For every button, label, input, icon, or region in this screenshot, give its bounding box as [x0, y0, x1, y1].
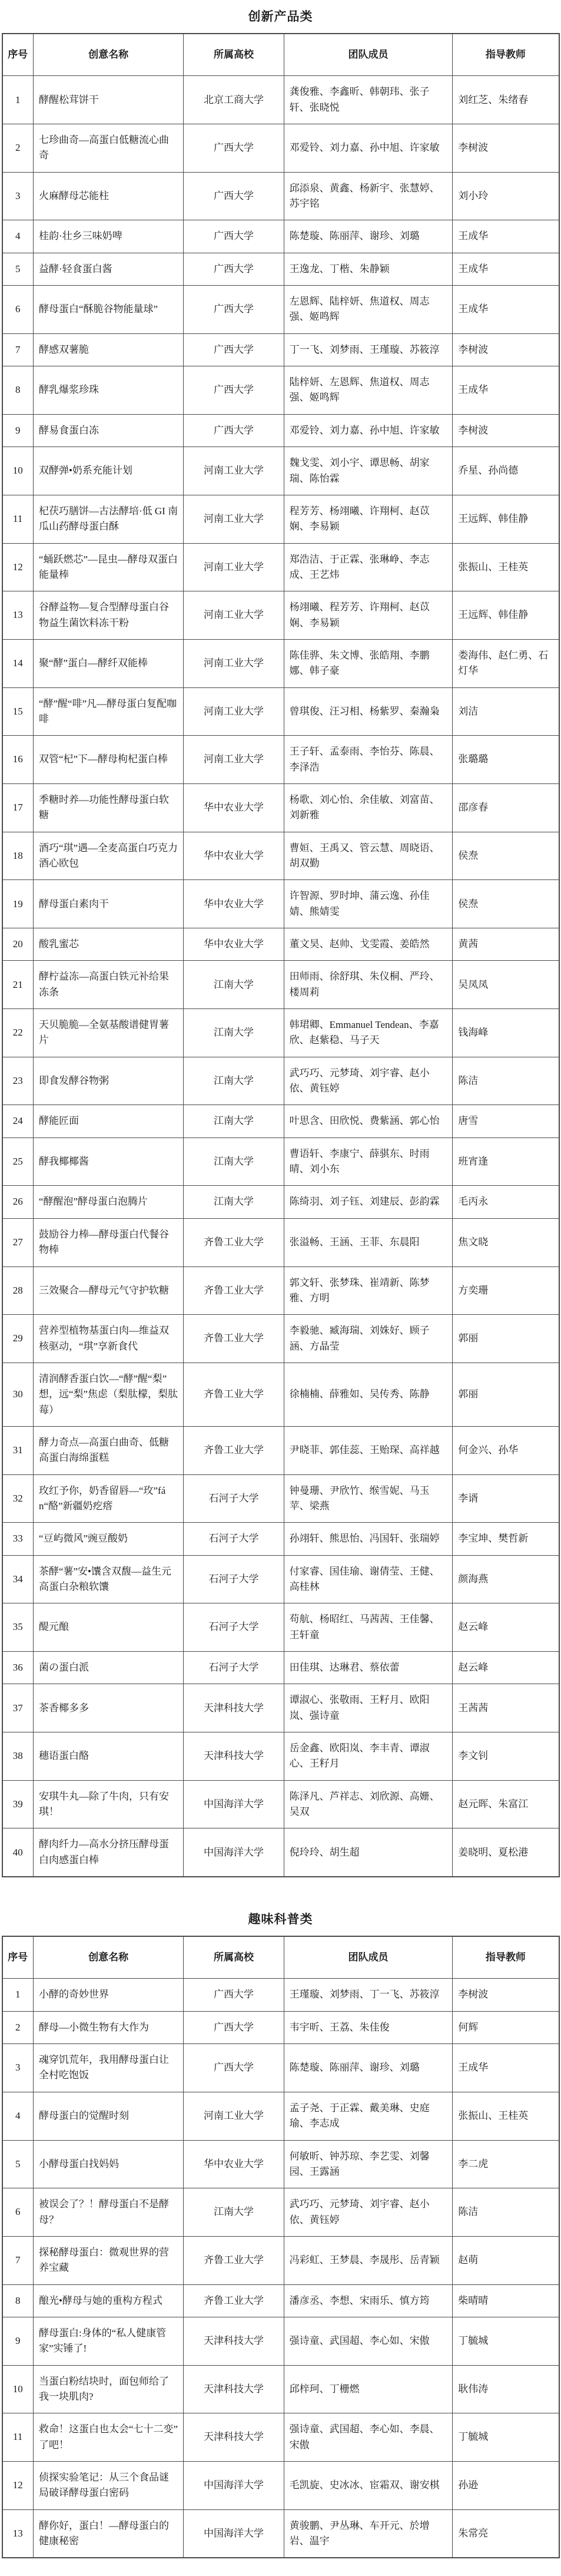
- cell-school: 石河子大学: [184, 1555, 284, 1603]
- cell-advisors: 姜晓明、夏松港: [453, 1828, 559, 1877]
- table-row: 2七珍曲奇—高蛋白低糖流心曲奇广西大学邓爱铃、刘力嘉、孙中旭、许家敏李树波: [2, 124, 559, 173]
- cell-school: 广西大学: [184, 220, 284, 253]
- cell-name: 酵肉纤力—高水分挤压酵母蛋白肉感蛋白棒: [33, 1828, 183, 1877]
- cell-members: 孟子尧、于正霖、戴美琳、史庭瑜、李志成: [284, 2092, 453, 2140]
- table-row: 14聚“酵”蛋白—酵纤双能棒河南工业大学陈佳骅、朱文博、张皓翔、李鹏娜、韩子豪娄…: [2, 639, 559, 687]
- table-row: 11杞茯巧膳饼—古法酵培·低 GI 南瓜山药酵母蛋白酥河南工业大学程芳芳、杨翊曦…: [2, 495, 559, 543]
- cell-members: 左恩辉、陆梓妍、焦道权、周志强、姬鸣辉: [284, 286, 453, 334]
- cell-advisors: 刘红芝、朱绪春: [453, 76, 559, 124]
- cell-no: 9: [2, 2317, 34, 2365]
- table-row: 16双管“杞”下—酵母枸杞蛋白棒河南工业大学王子轩、孟泰雨、李怡芬、陈晨、李泽浩…: [2, 736, 559, 784]
- cell-school: 广西大学: [184, 124, 284, 173]
- cell-school: 天津科技大学: [184, 2365, 284, 2413]
- cell-advisors: 刘小玲: [453, 172, 559, 220]
- column-header-advisors: 指导教师: [453, 1936, 559, 1979]
- cell-advisors: 班宵逢: [453, 1137, 559, 1186]
- table-row: 19酵母蛋白素肉干华中农业大学许智源、罗时坤、蒲云逸、孙佳婧、熊婧雯侯焘: [2, 880, 559, 928]
- cell-members: 叶思含、田欣悦、费紫涵、郭心怡: [284, 1105, 453, 1137]
- cell-name: 双酵弹•奶系充能计划: [33, 447, 183, 495]
- cell-members: 邓爱铃、刘力嘉、孙中旭、许家敏: [284, 124, 453, 173]
- cell-advisors: 李树波: [453, 414, 559, 447]
- cell-no: 32: [2, 1474, 34, 1523]
- cell-members: 陈佳骅、朱文博、张皓翔、李鹏娜、韩子豪: [284, 639, 453, 687]
- cell-members: 杨翊曦、程芳芳、许翔柯、赵苡娴、李易颖: [284, 591, 453, 640]
- cell-members: 郑浩洁、于正霖、张琳峥、李志成、王艺炜: [284, 543, 453, 591]
- cell-advisors: 何辉: [453, 2011, 559, 2043]
- cell-name: 酵母蛋白:身体的“私人健康管家”实锤了!: [33, 2317, 183, 2365]
- cell-advisors: 赵云峰: [453, 1603, 559, 1652]
- cell-school: 齐鲁工业大学: [184, 1315, 284, 1363]
- header-row: 序号创意名称所属高校团队成员指导教师: [2, 34, 559, 76]
- cell-no: 18: [2, 832, 34, 880]
- cell-members: 郭文轩、张梦珠、崔靖新、陈梦雅、方明: [284, 1266, 453, 1315]
- cell-advisors: 张璐璐: [453, 736, 559, 784]
- cell-name: 酵柠益冻—高蛋白铁元补给果冻条: [33, 961, 183, 1009]
- table-row: 12侦探实验笔记：从三个食品谜局破译酵母蛋白密码中国海洋大学毛凯旋、史冰冰、宦霜…: [2, 2461, 559, 2509]
- table-row: 6被误会了？！酵母蛋白不是酵母？江南大学武巧巧、元梦琦、刘宇睿、赵小依、黄钰婷陈…: [2, 2188, 559, 2237]
- column-header-school: 所属高校: [184, 34, 284, 76]
- cell-no: 27: [2, 1218, 34, 1266]
- cell-school: 广西大学: [184, 172, 284, 220]
- cell-members: 许智源、罗时坤、蒲云逸、孙佳婧、熊婧雯: [284, 880, 453, 928]
- cell-no: 7: [2, 2236, 34, 2284]
- cell-name: 侦探实验笔记：从三个食品谜局破译酵母蛋白密码: [33, 2461, 183, 2509]
- cell-advisors: 李树波: [453, 333, 559, 366]
- table-row: 9酵母蛋白:身体的“私人健康管家”实锤了!天津科技大学强诗童、武国超、李心如、宋…: [2, 2317, 559, 2365]
- cell-members: 董文昊、赵帅、戈雯霞、姜皓然: [284, 928, 453, 961]
- cell-members: 邱添泉、黄鑫、杨新宇、张慧婷、苏宇铭: [284, 172, 453, 220]
- cell-name: 小酵母蛋白找妈妈: [33, 2140, 183, 2188]
- cell-no: 39: [2, 1780, 34, 1828]
- cell-members: 张溢畅、王涵、王菲、东晨阳: [284, 1218, 453, 1266]
- cell-name: 当蛋白粉结块时，面包师给了我一块肌肉?: [33, 2365, 183, 2413]
- cell-no: 6: [2, 2188, 34, 2237]
- table-row: 1酵醒松茸饼干北京工商大学龚俊雅、李鑫昕、韩朝玮、张子轩、张晓悦刘红芝、朱绪春: [2, 76, 559, 124]
- cell-name: 酵醒松茸饼干: [33, 76, 183, 124]
- cell-school: 河南工业大学: [184, 639, 284, 687]
- table-row: 5益酵·轻食蛋白酱广西大学王逸龙、丁楷、朱静颖王成华: [2, 253, 559, 285]
- cell-no: 23: [2, 1057, 34, 1105]
- cell-no: 10: [2, 2365, 34, 2413]
- table-row: 23即食发酵谷物粥江南大学武巧巧、元梦琦、刘宇睿、赵小依、黄钰婷陈洁: [2, 1057, 559, 1105]
- cell-members: 孙翊轩、熊思怡、冯国轩、张瑞婷: [284, 1523, 453, 1555]
- table-row: 26“酵醒泡”酵母蛋白泡腾片江南大学陈绮羽、刘子钰、刘建辰、彭韵霖毛丙永: [2, 1186, 559, 1218]
- cell-advisors: 王成华: [453, 253, 559, 285]
- cell-no: 4: [2, 2092, 34, 2140]
- award-list-document: 创新产品类 序号创意名称所属高校团队成员指导教师1酵醒松茸饼干北京工商大学龚俊雅…: [0, 0, 561, 2576]
- cell-members: 陈楚璇、陈丽萍、谢珍、刘璐: [284, 220, 453, 253]
- cell-no: 5: [2, 253, 34, 285]
- table-row: 36菌の蛋白派石河子大学田佳琪、达琳君、蔡依蕾赵云峰: [2, 1652, 559, 1684]
- cell-name: 火麻酵母芯能柱: [33, 172, 183, 220]
- cell-members: 谭淑心、张敬雨、王籽月、欧阳岚、强诗童: [284, 1684, 453, 1732]
- cell-no: 31: [2, 1426, 34, 1474]
- cell-school: 河南工业大学: [184, 447, 284, 495]
- cell-advisors: 李二虎: [453, 2140, 559, 2188]
- cell-school: 河南工业大学: [184, 591, 284, 640]
- cell-members: 曹姮、王禹又、管云慧、周晓语、胡双勤: [284, 832, 453, 880]
- cell-no: 12: [2, 543, 34, 591]
- cell-members: 毛凯旋、史冰冰、宦霜双、谢安棋: [284, 2461, 453, 2509]
- cell-advisors: 侯焘: [453, 880, 559, 928]
- cell-no: 5: [2, 2140, 34, 2188]
- cell-advisors: 颜海燕: [453, 1555, 559, 1603]
- cell-no: 8: [2, 2284, 34, 2317]
- column-header-members: 团队成员: [284, 34, 453, 76]
- cell-members: 王瑾璇、刘梦雨、丁一飞、苏筱淳: [284, 1979, 453, 2011]
- cell-advisors: 李宝坤、樊哲新: [453, 1523, 559, 1555]
- cell-members: 倪玲玲、胡生超: [284, 1828, 453, 1877]
- cell-no: 35: [2, 1603, 34, 1652]
- cell-name: 酵母蛋白的觉醒时刻: [33, 2092, 183, 2140]
- cell-advisors: 毛丙永: [453, 1186, 559, 1218]
- cell-name: 天贝脆脆—全氨基酸谱健胃薯片: [33, 1009, 183, 1057]
- cell-name: 酵力奇点—高蛋白曲奇、低糖高蛋白海绵蛋糕: [33, 1426, 183, 1474]
- cell-school: 天津科技大学: [184, 2413, 284, 2462]
- cell-name: 茶酵“薯”安•馕含双馥—益生元高蛋白杂粮软馕: [33, 1555, 183, 1603]
- table-row: 27鼓励谷力棒—酵母蛋白代餐谷物棒齐鲁工业大学张溢畅、王涵、王菲、东晨阳焦文晓: [2, 1218, 559, 1266]
- cell-no: 6: [2, 286, 34, 334]
- cell-name: “豆屿微风”豌豆酸奶: [33, 1523, 183, 1555]
- cell-name: 酒巧“琪”遇—全麦高蛋白巧克力酒心欧包: [33, 832, 183, 880]
- cell-name: 桂韵·壮乡三味奶啤: [33, 220, 183, 253]
- cell-name: 酸乳蜜芯: [33, 928, 183, 961]
- column-header-name: 创意名称: [33, 34, 183, 76]
- cell-no: 13: [2, 591, 34, 640]
- cell-advisors: 乔星、孙尚德: [453, 447, 559, 495]
- cell-members: 王子轩、孟泰雨、李怡芬、陈晨、李泽浩: [284, 736, 453, 784]
- table-row: 2酵母—小微生物有大作为广西大学韦宇昕、王荔、朱佳俊何辉: [2, 2011, 559, 2043]
- table-row: 3魂穿饥荒年，我用酵母蛋白让全村吃饱饭广西大学陈楚璇、陈丽萍、谢珍、刘璐王成华: [2, 2044, 559, 2092]
- cell-no: 3: [2, 172, 34, 220]
- cell-school: 中国海洋大学: [184, 2509, 284, 2558]
- cell-no: 34: [2, 1555, 34, 1603]
- cell-school: 中国海洋大学: [184, 1780, 284, 1828]
- cell-school: 华中农业大学: [184, 2140, 284, 2188]
- table-row: 7酵感双薯脆广西大学丁一飞、刘梦雨、王瑾璇、苏筱淳李树波: [2, 333, 559, 366]
- table-row: 17季糖时养—功能性酵母蛋白软糖华中农业大学杨歌、刘心怡、余佳敏、刘富苗、刘新雅…: [2, 783, 559, 832]
- table-row: 10当蛋白粉结块时，面包师给了我一块肌肉?天津科技大学邱梓珂、丁栅燃耿伟涛: [2, 2365, 559, 2413]
- cell-name: 菌の蛋白派: [33, 1652, 183, 1684]
- cell-members: 韦宇昕、王荔、朱佳俊: [284, 2011, 453, 2043]
- cell-name: “酵”醒“啡”凡—酵母蛋白复配咖啡: [33, 687, 183, 736]
- table-row: 29营养型植物基蛋白肉—维益双核驱动，“琪”享新食代齐鲁工业大学李毅驰、臧海瑞、…: [2, 1315, 559, 1363]
- table-row: 34茶酵“薯”安•馕含双馥—益生元高蛋白杂粮软馕石河子大学付家睿、国佳瑜、谢倩莹…: [2, 1555, 559, 1603]
- cell-school: 广西大学: [184, 253, 284, 285]
- table-row: 21酵柠益冻—高蛋白铁元补给果冻条江南大学田师雨、徐舒琪、朱仪桐、严玲、楼周莉吴…: [2, 961, 559, 1009]
- cell-members: 钟曼珊、尹欣竹、缑雪妮、马玉苹、梁燕: [284, 1474, 453, 1523]
- cell-no: 29: [2, 1315, 34, 1363]
- cell-advisors: 王成华: [453, 2044, 559, 2092]
- cell-school: 河南工业大学: [184, 495, 284, 543]
- cell-school: 河南工业大学: [184, 736, 284, 784]
- cell-members: 曹语轩、李康宁、薛骐东、时雨晴、刘小东: [284, 1137, 453, 1186]
- table-row: 38穗语蛋白酪天津科技大学岳金鑫、欧阳岚、李丰青、谭淑心、王籽月李文钊: [2, 1732, 559, 1781]
- table-row: 18酒巧“琪”遇—全麦高蛋白巧克力酒心欧包华中农业大学曹姮、王禹又、管云慧、周晓…: [2, 832, 559, 880]
- cell-no: 11: [2, 495, 34, 543]
- cell-members: 田佳琪、达琳君、蔡依蕾: [284, 1652, 453, 1684]
- cell-members: 龚俊雅、李鑫昕、韩朝玮、张子轩、张晓悦: [284, 76, 453, 124]
- cell-members: 武巧巧、元梦琦、刘宇睿、赵小依、黄钰婷: [284, 2188, 453, 2237]
- cell-members: 程芳芳、杨翊曦、许翔柯、赵苡娴、李易颖: [284, 495, 453, 543]
- column-header-no: 序号: [2, 34, 34, 76]
- cell-name: 酵能匠面: [33, 1105, 183, 1137]
- cell-members: 邓爱铃、刘力嘉、孙中旭、许家敏: [284, 414, 453, 447]
- cell-school: 河南工业大学: [184, 687, 284, 736]
- cell-members: 苟航、杨昭红、马茜茜、王佳馨、王轩童: [284, 1603, 453, 1652]
- cell-advisors: 王成华: [453, 286, 559, 334]
- cell-members: 陈绮羽、刘子钰、刘建辰、彭韵霖: [284, 1186, 453, 1218]
- column-header-name: 创意名称: [33, 1936, 183, 1979]
- cell-members: 魏戈雯、刘小宇、谭思畅、胡家瑞、陈怡霖: [284, 447, 453, 495]
- cell-name: 被误会了？！酵母蛋白不是酵母？: [33, 2188, 183, 2237]
- cell-advisors: 朱常亮: [453, 2509, 559, 2558]
- cell-name: 清润酵香蛋白饮—“酵”醒“梨”想，远“梨”焦虑（梨肽檬，梨肽莓）: [33, 1363, 183, 1426]
- table-row: 5小酵母蛋白找妈妈华中农业大学何敏昕、钟苏琼、李艺雯、刘馨园、王露涵李二虎: [2, 2140, 559, 2188]
- cell-school: 广西大学: [184, 366, 284, 415]
- table-row: 40酵肉纤力—高水分挤压酵母蛋白肉感蛋白棒中国海洋大学倪玲玲、胡生超姜晓明、夏松…: [2, 1828, 559, 1877]
- header-row: 序号创意名称所属高校团队成员指导教师: [2, 1936, 559, 1979]
- cell-school: 河南工业大学: [184, 543, 284, 591]
- cell-name: 季糖时养—功能性酵母蛋白软糖: [33, 783, 183, 832]
- cell-advisors: 黄茜: [453, 928, 559, 961]
- cell-members: 付家睿、国佳瑜、谢倩莹、王健、高桂林: [284, 1555, 453, 1603]
- cell-no: 4: [2, 220, 34, 253]
- cell-no: 36: [2, 1652, 34, 1684]
- cell-school: 江南大学: [184, 961, 284, 1009]
- cell-no: 14: [2, 639, 34, 687]
- cell-name: 杞茯巧膳饼—古法酵培·低 GI 南瓜山药酵母蛋白酥: [33, 495, 183, 543]
- table-row: 22天贝脆脆—全氨基酸谱健胃薯片江南大学韩珺卿、Emmanuel Tendean…: [2, 1009, 559, 1057]
- cell-school: 华中农业大学: [184, 783, 284, 832]
- cell-name: 双管“杞”下—酵母枸杞蛋白棒: [33, 736, 183, 784]
- table-row: 8酵乳爆浆珍珠广西大学陆梓妍、左恩辉、焦道权、周志强、姬鸣辉王成华: [2, 366, 559, 415]
- cell-name: 探秘酵母蛋白：微观世界的营养宝藏: [33, 2236, 183, 2284]
- section-fun-science: 趣味科普类 序号创意名称所属高校团队成员指导教师1小酵的奇妙世界广西大学王瑾璇、…: [0, 1910, 561, 2558]
- cell-school: 江南大学: [184, 1186, 284, 1218]
- cell-no: 30: [2, 1363, 34, 1426]
- cell-school: 齐鲁工业大学: [184, 2284, 284, 2317]
- table-row: 24酵能匠面江南大学叶思含、田欣悦、费紫涵、郭心怡唐雪: [2, 1105, 559, 1137]
- table-row: 4桂韵·壮乡三味奶啤广西大学陈楚璇、陈丽萍、谢珍、刘璐王成华: [2, 220, 559, 253]
- cell-advisors: 耿伟涛: [453, 2365, 559, 2413]
- cell-school: 石河子大学: [184, 1652, 284, 1684]
- table-row: 9酵易食蛋白冻广西大学邓爱铃、刘力嘉、孙中旭、许家敏李树波: [2, 414, 559, 447]
- cell-school: 齐鲁工业大学: [184, 1426, 284, 1474]
- cell-school: 华中农业大学: [184, 880, 284, 928]
- cell-no: 1: [2, 1979, 34, 2011]
- cell-advisors: 赵云峰: [453, 1652, 559, 1684]
- cell-advisors: 焦文晓: [453, 1218, 559, 1266]
- cell-name: 小酵的奇妙世界: [33, 1979, 183, 2011]
- cell-members: 潘彦丞、李想、宋雨乐、慎方筠: [284, 2284, 453, 2317]
- cell-no: 1: [2, 76, 34, 124]
- table-row: 10双酵弹•奶系充能计划河南工业大学魏戈雯、刘小宇、谭思畅、胡家瑞、陈怡霖乔星、…: [2, 447, 559, 495]
- cell-no: 15: [2, 687, 34, 736]
- cell-advisors: 李树波: [453, 1979, 559, 2011]
- cell-members: 田师雨、徐舒琪、朱仪桐、严玲、楼周莉: [284, 961, 453, 1009]
- cell-name: 聚“酵”蛋白—酵纤双能棒: [33, 639, 183, 687]
- cell-advisors: 唐雪: [453, 1105, 559, 1137]
- cell-school: 天津科技大学: [184, 1684, 284, 1732]
- innovation-products-table: 序号创意名称所属高校团队成员指导教师1酵醒松茸饼干北京工商大学龚俊雅、李鑫昕、韩…: [2, 33, 560, 1877]
- cell-advisors: 陈洁: [453, 2188, 559, 2237]
- cell-name: 酵我椰椰酱: [33, 1137, 183, 1186]
- cell-advisors: 陈洁: [453, 1057, 559, 1105]
- cell-school: 广西大学: [184, 286, 284, 334]
- cell-no: 26: [2, 1186, 34, 1218]
- column-header-advisors: 指导教师: [453, 34, 559, 76]
- cell-school: 广西大学: [184, 1979, 284, 2011]
- table-row: 6酵母蛋白“酥脆谷物能量球”广西大学左恩辉、陆梓妍、焦道权、周志强、姬鸣辉王成华: [2, 286, 559, 334]
- cell-school: 江南大学: [184, 1009, 284, 1057]
- cell-no: 2: [2, 124, 34, 173]
- cell-no: 13: [2, 2509, 34, 2558]
- cell-members: 徐楠楠、薛雅如、吴传秀、陈静: [284, 1363, 453, 1426]
- cell-no: 28: [2, 1266, 34, 1315]
- cell-members: 黄骏鹏、尹丛琳、车开元、於增岩、温宇: [284, 2509, 453, 2558]
- table-row: 31酵力奇点—高蛋白曲奇、低糖高蛋白海绵蛋糕齐鲁工业大学尹晓菲、郭佳蕊、王贻琛、…: [2, 1426, 559, 1474]
- cell-school: 石河子大学: [184, 1603, 284, 1652]
- cell-members: 李毅驰、臧海瑞、刘姝好、顾子涵、方晶莹: [284, 1315, 453, 1363]
- cell-no: 8: [2, 366, 34, 415]
- cell-members: 尹晓菲、郭佳蕊、王贻琛、高祥越: [284, 1426, 453, 1474]
- cell-advisors: 丁毓城: [453, 2317, 559, 2365]
- cell-name: 醍元酿: [33, 1603, 183, 1652]
- cell-members: 王逸龙、丁楷、朱静颖: [284, 253, 453, 285]
- cell-school: 江南大学: [184, 2188, 284, 2237]
- cell-name: 酵易食蛋白冻: [33, 414, 183, 447]
- cell-name: 酵你好，蛋白！—酵母蛋白的健康秘密: [33, 2509, 183, 2558]
- cell-members: 丁一飞、刘梦雨、王瑾璇、苏筱淳: [284, 333, 453, 366]
- cell-members: 强诗童、武国超、李心如、李晨、宋傲: [284, 2413, 453, 2462]
- cell-name: 玫红予你，奶香留唇—“玫”fán“酪”新疆奶疙瘩: [33, 1474, 183, 1523]
- cell-name: 穗语蛋白酪: [33, 1732, 183, 1781]
- cell-members: 武巧巧、元梦琦、刘宇睿、赵小依、黄钰婷: [284, 1057, 453, 1105]
- cell-members: 杨歌、刘心怡、余佳敏、刘富苗、刘新雅: [284, 783, 453, 832]
- cell-advisors: 李谞: [453, 1474, 559, 1523]
- table-row: 33“豆屿微风”豌豆酸奶石河子大学孙翊轩、熊思怡、冯国轩、张瑞婷李宝坤、樊哲新: [2, 1523, 559, 1555]
- cell-advisors: 方奕珊: [453, 1266, 559, 1315]
- cell-name: 酿光•酵母与她的重构方程式: [33, 2284, 183, 2317]
- cell-members: 强诗童、武国超、李心如、宋傲: [284, 2317, 453, 2365]
- cell-school: 河南工业大学: [184, 2092, 284, 2140]
- cell-members: 曾琪俊、汪习相、杨紫罗、秦瀚枭: [284, 687, 453, 736]
- cell-name: 安琪牛丸—除了牛肉，只有安琪！: [33, 1780, 183, 1828]
- cell-members: 冯彩虹、王梦晨、李晟彤、岳青颖: [284, 2236, 453, 2284]
- table-row: 37茶香椰多多天津科技大学谭淑心、张敬雨、王籽月、欧阳岚、强诗童王茜茜: [2, 1684, 559, 1732]
- cell-school: 中国海洋大学: [184, 2461, 284, 2509]
- cell-no: 19: [2, 880, 34, 928]
- cell-school: 齐鲁工业大学: [184, 1363, 284, 1426]
- cell-school: 齐鲁工业大学: [184, 1218, 284, 1266]
- cell-advisors: 侯焘: [453, 832, 559, 880]
- table-row: 7探秘酵母蛋白：微观世界的营养宝藏齐鲁工业大学冯彩虹、王梦晨、李晟彤、岳青颖赵萌: [2, 2236, 559, 2284]
- cell-school: 江南大学: [184, 1057, 284, 1105]
- cell-no: 33: [2, 1523, 34, 1555]
- cell-name: 益酵·轻食蛋白酱: [33, 253, 183, 285]
- cell-no: 11: [2, 2413, 34, 2462]
- cell-no: 25: [2, 1137, 34, 1186]
- cell-no: 16: [2, 736, 34, 784]
- cell-members: 陆梓妍、左恩辉、焦道权、周志强、姬鸣辉: [284, 366, 453, 415]
- cell-school: 天津科技大学: [184, 2317, 284, 2365]
- cell-name: 魂穿饥荒年，我用酵母蛋白让全村吃饱饭: [33, 2044, 183, 2092]
- cell-school: 江南大学: [184, 1137, 284, 1186]
- cell-advisors: 郭丽: [453, 1315, 559, 1363]
- cell-name: 酵乳爆浆珍珠: [33, 366, 183, 415]
- cell-no: 20: [2, 928, 34, 961]
- table-row: 8酿光•酵母与她的重构方程式齐鲁工业大学潘彦丞、李想、宋雨乐、慎方筠柴晴晴: [2, 2284, 559, 2317]
- table-row: 13谷酵益物—复合型酵母蛋白谷物益生菌饮料冻干粉河南工业大学杨翊曦、程芳芳、许翔…: [2, 591, 559, 640]
- cell-school: 江南大学: [184, 1105, 284, 1137]
- cell-advisors: 王远辉、韩佳静: [453, 591, 559, 640]
- cell-school: 齐鲁工业大学: [184, 1266, 284, 1315]
- innovation-products-title: 创新产品类: [0, 7, 561, 25]
- cell-advisors: 王茜茜: [453, 1684, 559, 1732]
- cell-school: 北京工商大学: [184, 76, 284, 124]
- cell-advisors: 张振山、王桂英: [453, 2092, 559, 2140]
- cell-advisors: 郭丽: [453, 1363, 559, 1426]
- cell-school: 石河子大学: [184, 1474, 284, 1523]
- cell-members: 陈楚璇、陈丽萍、谢珍、刘璐: [284, 2044, 453, 2092]
- cell-school: 广西大学: [184, 414, 284, 447]
- cell-advisors: 吴凤凤: [453, 961, 559, 1009]
- cell-school: 广西大学: [184, 333, 284, 366]
- cell-no: 12: [2, 2461, 34, 2509]
- cell-advisors: 孙逊: [453, 2461, 559, 2509]
- column-header-members: 团队成员: [284, 1936, 453, 1979]
- cell-advisors: 赵元晖、朱富江: [453, 1780, 559, 1828]
- table-row: 4酵母蛋白的觉醒时刻河南工业大学孟子尧、于正霖、戴美琳、史庭瑜、李志成张振山、王…: [2, 2092, 559, 2140]
- cell-name: 鼓励谷力棒—酵母蛋白代餐谷物棒: [33, 1218, 183, 1266]
- cell-no: 21: [2, 961, 34, 1009]
- cell-school: 华中农业大学: [184, 832, 284, 880]
- cell-no: 24: [2, 1105, 34, 1137]
- cell-no: 40: [2, 1828, 34, 1877]
- section-innovation-products: 创新产品类 序号创意名称所属高校团队成员指导教师1酵醒松茸饼干北京工商大学龚俊雅…: [0, 7, 561, 1877]
- cell-advisors: 王成华: [453, 366, 559, 415]
- cell-name: “酵醒泡”酵母蛋白泡腾片: [33, 1186, 183, 1218]
- cell-school: 天津科技大学: [184, 1732, 284, 1781]
- cell-no: 3: [2, 2044, 34, 2092]
- cell-members: 陈泽凡、芦祥志、刘欣源、高姗、吴双: [284, 1780, 453, 1828]
- cell-no: 10: [2, 447, 34, 495]
- cell-advisors: 柴晴晴: [453, 2284, 559, 2317]
- cell-members: 韩珺卿、Emmanuel Tendean、李嘉欣、赵紫稳、马子天: [284, 1009, 453, 1057]
- table-row: 13酵你好，蛋白！—酵母蛋白的健康秘密中国海洋大学黄骏鹏、尹丛琳、车开元、於增岩…: [2, 2509, 559, 2558]
- cell-school: 中国海洋大学: [184, 1828, 284, 1877]
- cell-school: 石河子大学: [184, 1523, 284, 1555]
- table-row: 25酵我椰椰酱江南大学曹语轩、李康宁、薛骐东、时雨晴、刘小东班宵逢: [2, 1137, 559, 1186]
- table-row: 11救命！这蛋白也太会“七十二变”了吧！天津科技大学强诗童、武国超、李心如、李晨…: [2, 2413, 559, 2462]
- cell-name: 酵母蛋白“酥脆谷物能量球”: [33, 286, 183, 334]
- cell-advisors: 娄海伟、赵仁勇、石灯华: [453, 639, 559, 687]
- cell-no: 17: [2, 783, 34, 832]
- cell-advisors: 丁毓城: [453, 2413, 559, 2462]
- column-header-no: 序号: [2, 1936, 34, 1979]
- table-row: 32玫红予你，奶香留唇—“玫”fán“酪”新疆奶疙瘩石河子大学钟曼珊、尹欣竹、缑…: [2, 1474, 559, 1523]
- table-row: 35醍元酿石河子大学苟航、杨昭红、马茜茜、王佳馨、王轩童赵云峰: [2, 1603, 559, 1652]
- fun-science-table: 序号创意名称所属高校团队成员指导教师1小酵的奇妙世界广西大学王瑾璇、刘梦雨、丁一…: [2, 1936, 560, 2558]
- table-row: 28三效聚合—酵母元气守护软糖齐鲁工业大学郭文轩、张梦珠、崔靖新、陈梦雅、方明方…: [2, 1266, 559, 1315]
- cell-name: 酵感双薯脆: [33, 333, 183, 366]
- table-row: 39安琪牛丸—除了牛肉，只有安琪！中国海洋大学陈泽凡、芦祥志、刘欣源、高姗、吴双…: [2, 1780, 559, 1828]
- cell-name: 谷酵益物—复合型酵母蛋白谷物益生菌饮料冻干粉: [33, 591, 183, 640]
- cell-name: 营养型植物基蛋白肉—维益双核驱动，“琪”享新食代: [33, 1315, 183, 1363]
- cell-school: 华中农业大学: [184, 928, 284, 961]
- cell-members: 岳金鑫、欧阳岚、李丰青、谭淑心、王籽月: [284, 1732, 453, 1781]
